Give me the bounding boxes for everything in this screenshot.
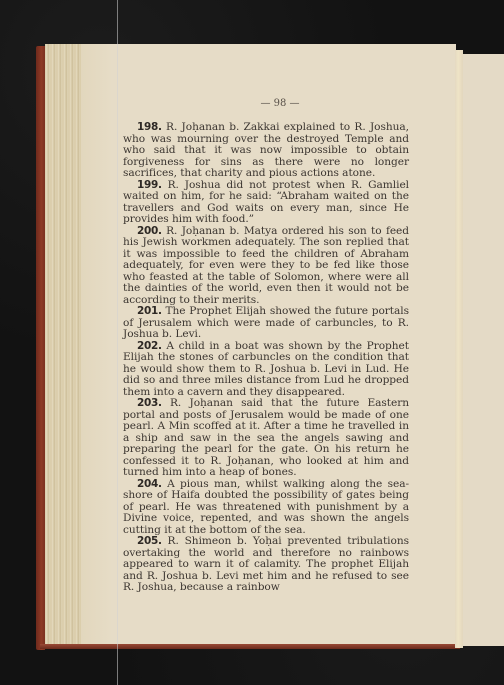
paragraph-text: A pious man, whilst walking along the se…: [123, 478, 409, 536]
book-gutter: [455, 50, 463, 648]
paragraph-199: 199. R. Joshua did not protest when R. G…: [123, 180, 409, 226]
paragraph-number: 201.: [137, 305, 162, 317]
paragraph-text: The Prophet Elijah showed the future por…: [123, 305, 409, 340]
paragraph-203: 203. R. Joḥanan said that the future Eas…: [123, 398, 409, 479]
paragraph-205: 205. R. Shimeon b. Yoḥai prevented tribu…: [123, 536, 409, 594]
scanner-guide-line: [117, 0, 118, 685]
book-cover-bottom-edge: [40, 644, 460, 649]
paragraph-text: R. Joḥanan b. Zakkai explained to R. Jos…: [123, 121, 409, 179]
paragraph-200: 200. R. Joḥanan b. Matya ordered his son…: [123, 226, 409, 307]
page-number: — 98 —: [240, 98, 320, 109]
paragraph-198: 198. R. Joḥanan b. Zakkai explained to R…: [123, 122, 409, 180]
book-cover-edge: [36, 46, 45, 650]
paragraph-202: 202. A child in a boat was shown by the …: [123, 341, 409, 399]
paragraph-201: 201. The Prophet Elijah showed the futur…: [123, 306, 409, 341]
paragraph-text: R. Joshua did not protest when R. Gamlie…: [123, 179, 409, 226]
paragraph-text: R. Joḥanan said that the future Eastern …: [123, 397, 409, 478]
paragraph-number: 202.: [137, 340, 162, 352]
paragraph-text: R. Joḥanan b. Matya ordered his son to f…: [123, 225, 409, 306]
paragraph-number: 199.: [137, 179, 162, 191]
paragraph-number: 200.: [137, 225, 162, 237]
paragraph-number: 198.: [137, 121, 162, 133]
page-stack-edges: [45, 44, 81, 644]
page-margin: [81, 44, 111, 644]
page-text-block: 198. R. Joḥanan b. Zakkai explained to R…: [123, 122, 409, 594]
right-page: [463, 54, 504, 646]
paragraph-text: R. Shimeon b. Yoḥai prevented tribulatio…: [123, 535, 409, 593]
paragraph-number: 205.: [137, 535, 162, 547]
paragraph-number: 204.: [137, 478, 162, 490]
paragraph-text: A child in a boat was shown by the Proph…: [123, 340, 409, 398]
paragraph-number: 203.: [137, 397, 162, 409]
paragraph-204: 204. A pious man, whilst walking along t…: [123, 479, 409, 537]
